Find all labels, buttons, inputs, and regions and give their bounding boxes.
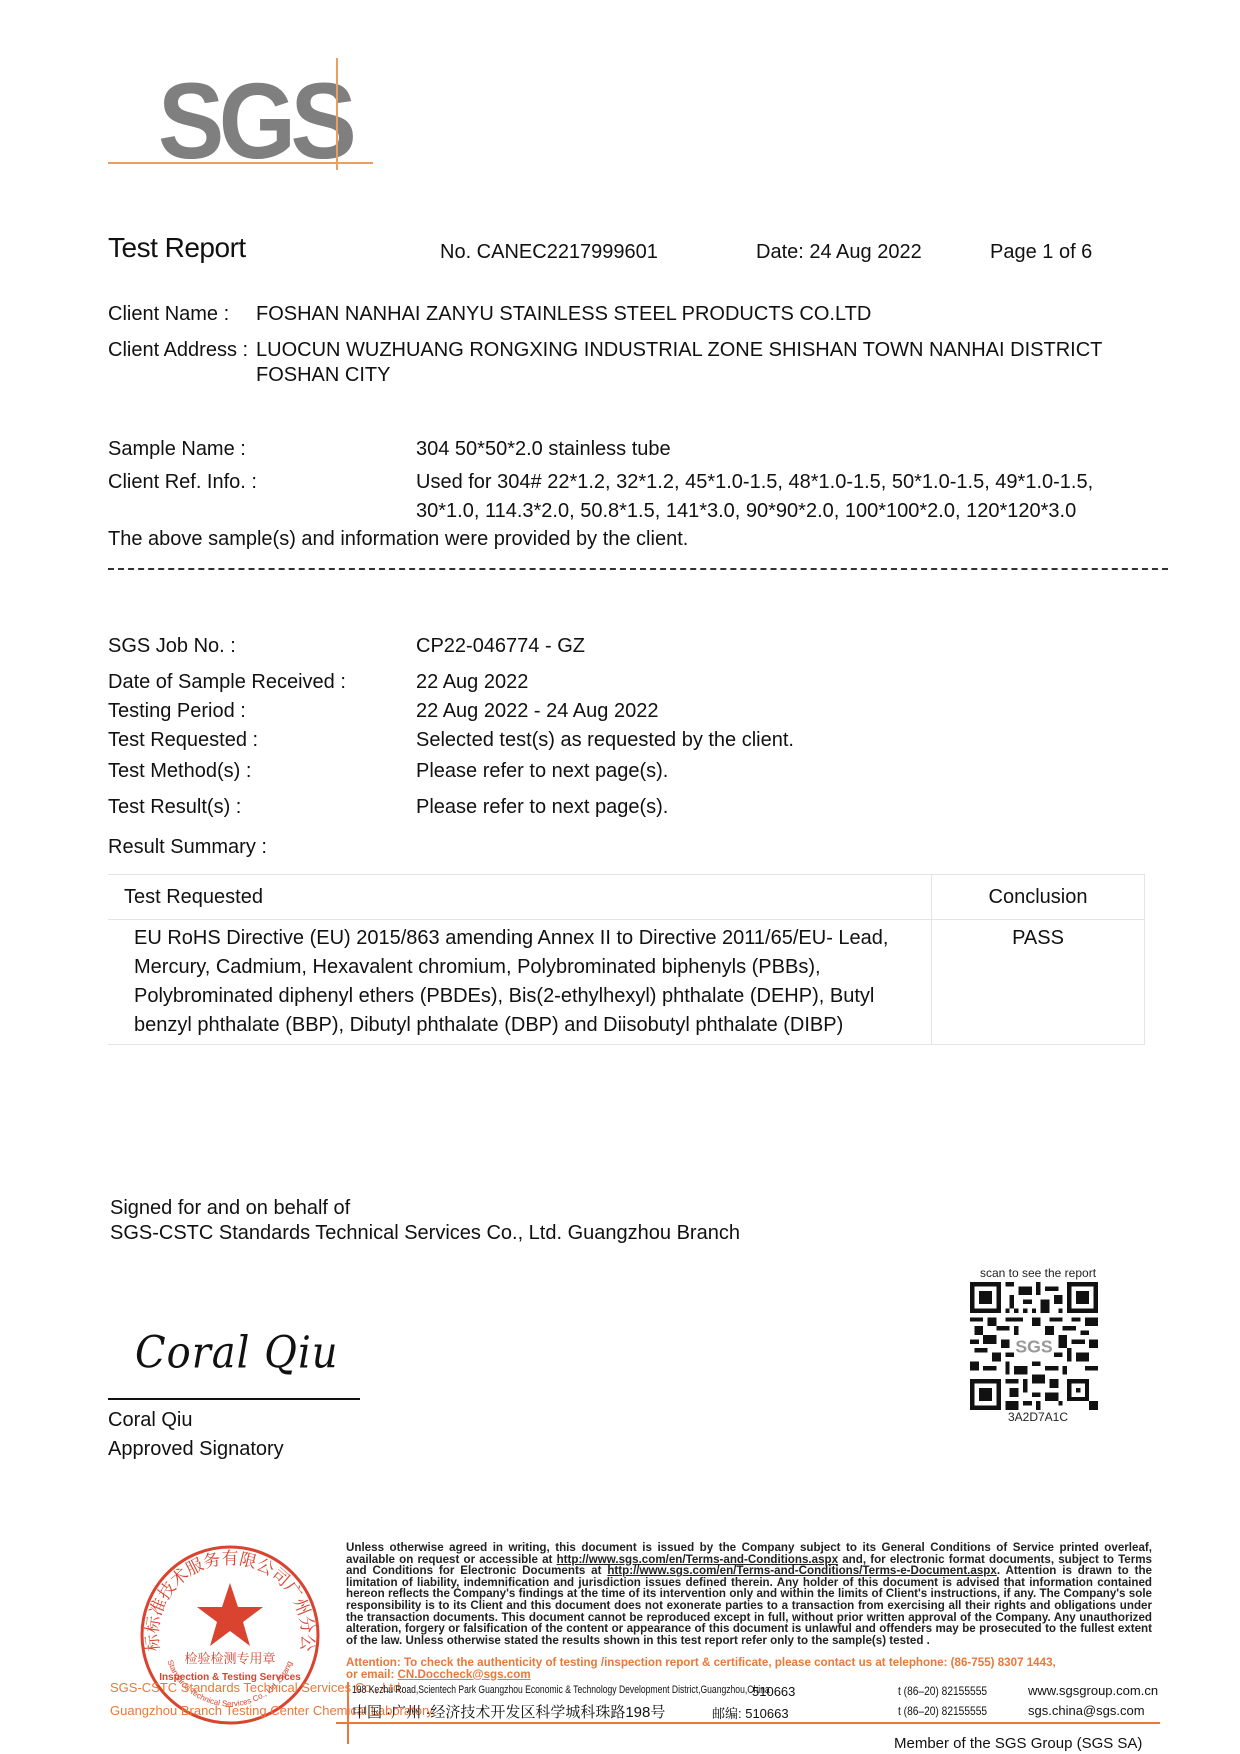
dashed-divider [108,568,1168,570]
result-summary-table: Test Requested Conclusion EU RoHS Direct… [108,874,1145,1045]
client-ref-line2: 30*1.0, 114.3*2.0, 50.8*1.5, 141*3.0, 90… [416,498,1076,524]
contact-email-link[interactable]: sgs.china@sgs.com [1028,1703,1145,1718]
sample-provided-note: The above sample(s) and information were… [108,526,688,552]
sample-received-value: 22 Aug 2022 [416,669,528,695]
report-number: No. CANEC2217999601 [440,241,658,264]
telephone-2: t (86–20) 82155555 [898,1704,987,1718]
report-title: Test Report [108,232,246,264]
test-methods-label: Test Method(s) : [108,758,251,784]
sgs-logo: SGS [108,58,373,170]
col-header-conclusion: Conclusion [932,875,1145,920]
logo-horizontal-rule [108,162,373,164]
col-header-test-requested: Test Requested [108,875,932,920]
test-results-label: Test Result(s) : [108,794,241,820]
sample-name: 304 50*50*2.0 stainless tube [416,436,671,462]
client-address-line2: FOSHAN CITY [256,362,390,388]
sample-name-label: Sample Name : [108,436,246,462]
star-icon [197,1583,263,1646]
logo-vertical-rule [336,58,338,170]
test-requested-label: Test Requested : [108,727,258,753]
address-chinese: 中国 ·广州 ·经济技术开发区科学城科珠路198号 [352,1701,665,1722]
signed-on-behalf: Signed for and on behalf of [110,1195,350,1221]
signing-company: SGS-CSTC Standards Technical Services Co… [110,1220,740,1246]
website-link[interactable]: www.sgsgroup.com.cn [1028,1683,1158,1698]
client-name: FOSHAN NANHAI ZANYU STAINLESS STEEL PROD… [256,301,871,327]
sgs-group-membership: Member of the SGS Group (SGS SA) [894,1735,1142,1752]
testing-period-label: Testing Period : [108,698,246,724]
qr-caption: scan to see the report [968,1266,1108,1280]
footer-horizontal-rule [336,1722,1160,1724]
legal-disclaimer: Unless otherwise agreed in writing, this… [346,1542,1152,1646]
postal-code-cn: 邮编: 510663 [712,1703,789,1722]
job-no-value: CP22-046774 - GZ [416,633,585,659]
svg-text:检验检测专用章: 检验检测专用章 [184,1651,275,1667]
client-name-label: Client Name : [108,301,229,327]
address-english: 198 Kezhu Road,Scientech Park Guangzhou … [352,1684,770,1696]
signature-line [108,1398,360,1400]
report-date: Date: 24 Aug 2022 [756,241,922,264]
sample-received-label: Date of Sample Received : [108,669,346,695]
conclusion-cell: PASS [932,920,1145,1045]
qr-code-icon[interactable]: SGS [970,1282,1098,1410]
client-ref-label: Client Ref. Info. : [108,469,257,495]
qr-verification-code: 3A2D7A1C [968,1410,1108,1424]
telephone-1: t (86–20) 82155555 [898,1684,987,1698]
table-header-row: Test Requested Conclusion [108,875,1145,920]
result-summary-label: Result Summary : [108,834,267,860]
test-requested-cell: EU RoHS Directive (EU) 2015/863 amending… [108,920,932,1045]
postal-code-en: 510663 [752,1684,795,1699]
client-ref-line1: Used for 304# 22*1.2, 32*1.2, 45*1.0-1.5… [416,469,1093,495]
client-address-label: Client Address : [108,337,248,363]
signatory-name: Coral Qiu [108,1407,192,1433]
client-address-line1: LUOCUN WUZHUANG RONGXING INDUSTRIAL ZONE… [256,337,1102,363]
test-requested-value: Selected test(s) as requested by the cli… [416,727,794,753]
footer-vertical-rule [347,1682,349,1744]
doccheck-email-link[interactable]: CN.Doccheck@sgs.com [398,1668,531,1681]
svg-text:SGS: SGS [1015,1337,1052,1357]
test-methods-value: Please refer to next page(s). [416,758,668,784]
signatory-title: Approved Signatory [108,1436,284,1462]
table-row: EU RoHS Directive (EU) 2015/863 amending… [108,920,1145,1045]
testing-period-value: 22 Aug 2022 - 24 Aug 2022 [416,698,658,724]
handwritten-signature: Coral Qiu [135,1328,339,1379]
logo-text: SGS [158,76,351,166]
test-results-value: Please refer to next page(s). [416,794,668,820]
page-indicator: Page 1 of 6 [990,241,1092,264]
job-no-label: SGS Job No. : [108,633,236,659]
authenticity-notice: Attention: To check the authenticity of … [346,1657,1166,1680]
